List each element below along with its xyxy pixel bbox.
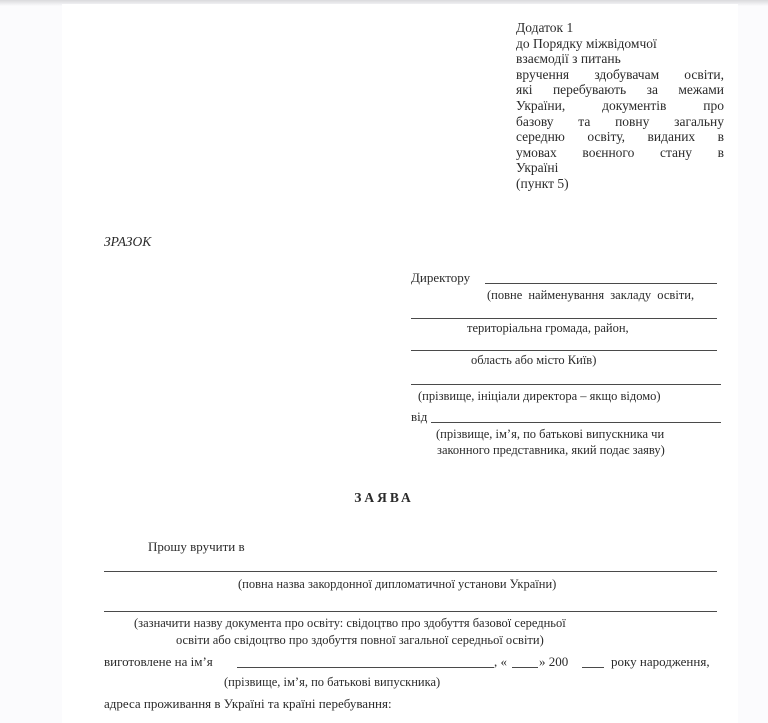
annex-line: які перебувають за межами [516,82,724,98]
hint-applicant-2: законного представника, який подає заяву… [437,443,665,458]
hint-graduate: (прізвище, ім’я, по батькові випускника) [224,675,440,690]
hint-director: (прізвище, ініціали директора – якщо від… [418,389,661,404]
hint-document-2: освіти або свідоцтво про здобуття повної… [176,633,544,648]
hint-institution: (повне найменування закладу освіти, [487,288,694,303]
document-field[interactable] [104,611,717,612]
mission-field[interactable] [104,571,717,572]
annex-line: взаємодії з питань [516,51,724,67]
hint-community: територіальна громада, район, [467,321,629,336]
annex-line: України, документів про [516,98,724,114]
date-mid: » 200 [539,654,568,670]
annex-line: Україні [516,160,724,176]
applicant-name-field[interactable] [431,422,721,423]
annex-line: вручення здобувачам освіти, [516,67,724,83]
document-title: ЗАЯВА [0,490,768,506]
hint-region: область або місто Київ) [471,353,596,368]
hint-document-1: (зазначити назву документа про освіту: с… [134,616,566,631]
from-label: від [411,409,427,425]
birth-suffix: року народження, [611,654,710,670]
director-label: Директору [411,270,470,286]
annex-line: середню освіту, виданих в [516,129,724,145]
graduate-name-field[interactable] [237,667,494,668]
hint-applicant-1: (прізвище, ім’я, по батькові випускника … [436,427,664,442]
director-name-field[interactable] [411,384,721,385]
annex-line: (пункт 5) [516,176,724,192]
birth-year-field[interactable] [582,667,604,668]
date-open: , « [494,654,507,670]
annex-line: Додаток 1 [516,20,724,36]
institution-field[interactable] [485,283,717,284]
hint-mission: (повна назва закордонної дипломатичної у… [238,577,556,592]
request-text: Прошу вручити в [148,539,245,555]
region-field[interactable] [411,350,717,351]
community-field[interactable] [411,318,717,319]
address-label: адреса проживання в Україні та країні пе… [104,696,392,712]
annex-line: базову та повну загальну [516,114,724,130]
annex-header: Додаток 1 до Порядку міжвідомчої взаємод… [516,20,724,192]
annex-line: умовах воєнного стану в [516,145,724,161]
sample-label: ЗРАЗОК [104,234,151,250]
issued-to-label: виготовлене на ім’я [104,654,213,670]
birth-day-field[interactable] [512,667,538,668]
annex-line: до Порядку міжвідомчої [516,36,724,52]
